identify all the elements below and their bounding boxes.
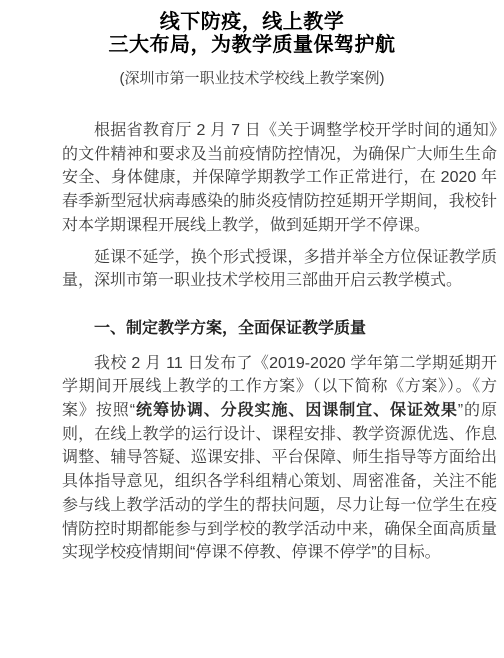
paragraph-plan: 我校 2 月 11 日发布了《2019-2020 学年第二学期延期开学期间开展线… — [62, 352, 497, 565]
paragraph-plan-seg2: ”的原则，在线上教学的运行设计、课程安排、教学资源优选、作息调整、辅导答疑、巡课… — [62, 402, 497, 561]
paragraph-overview: 延课不延学，换个形式授课，多措并举全方位保证教学质量，深圳市第一职业技术学校用三… — [62, 246, 497, 293]
document-page: 线下防疫，线上教学 三大布局，为教学质量保驾护航 (深圳市第一职业技术学校线上教… — [0, 0, 504, 658]
document-subtitle: (深圳市第一职业技术学校线上教学案例) — [0, 68, 504, 90]
paragraph-intro: 根据省教育厅 2 月 7 日《关于调整学校开学时间的通知》的文件精神和要求及当前… — [62, 119, 497, 238]
title-line-2: 三大布局，为教学质量保驾护航 — [0, 34, 504, 57]
paragraph-plan-principles-bold: 统筹协调、分段实施、因课制宜、保证效果 — [135, 402, 458, 419]
section-1-heading: 一、制定教学方案，全面保证教学质量 — [62, 317, 497, 341]
document-title: 线下防疫，线上教学 三大布局，为教学质量保驾护航 — [0, 0, 504, 57]
document-body: 根据省教育厅 2 月 7 日《关于调整学校开学时间的通知》的文件精神和要求及当前… — [0, 119, 504, 565]
title-line-1: 线下防疫，线上教学 — [0, 11, 504, 34]
